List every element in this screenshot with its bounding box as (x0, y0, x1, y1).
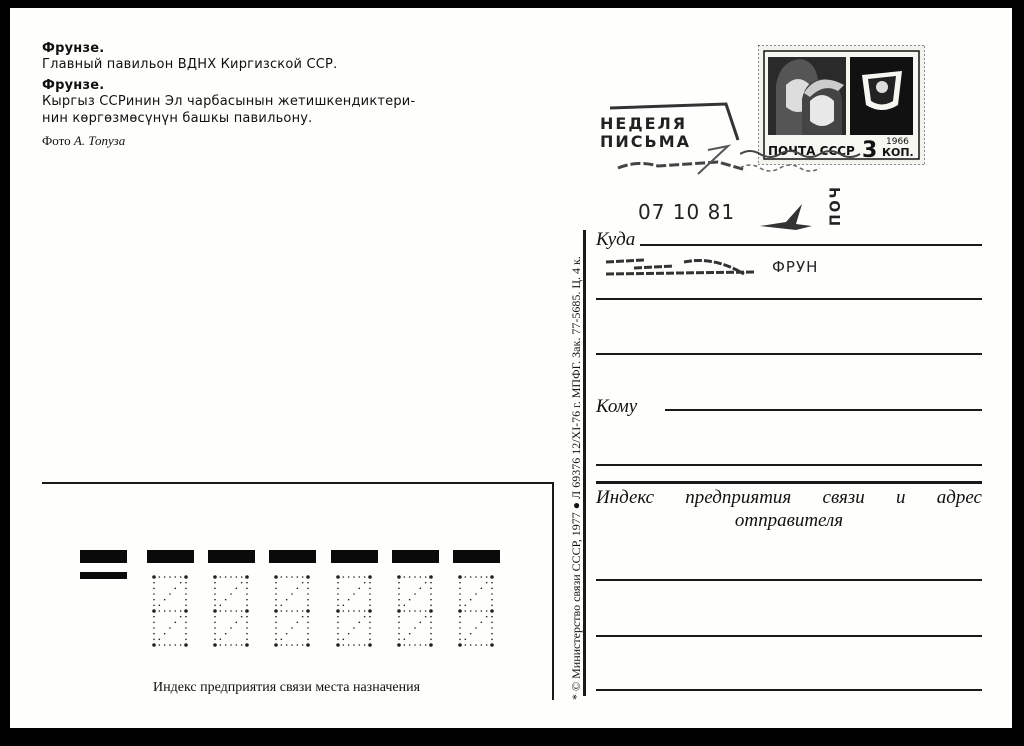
digit-stencil-icon (213, 575, 249, 647)
sender-word: и (896, 486, 906, 509)
index-code-mark-top (80, 550, 127, 563)
index-digit-bar (208, 550, 255, 563)
address-line-3[interactable] (596, 353, 982, 355)
index-destination-label: Индекс предприятия связи места назначени… (153, 680, 420, 696)
svg-text:КОП.: КОП. (882, 146, 914, 159)
to-whom-label: Кому (596, 396, 637, 418)
index-digit-box[interactable] (458, 575, 494, 647)
sender-line-2[interactable] (596, 635, 982, 637)
postmark-wave (740, 140, 870, 180)
sender-word: адрес (937, 486, 982, 509)
sender-separator (596, 481, 982, 484)
caption-city-ky: Фрунзе. (42, 78, 104, 93)
address-line-2[interactable] (596, 298, 982, 300)
sender-label-line-1: Индекс предприятия связи и адрес (596, 486, 982, 509)
index-digit-box[interactable] (274, 575, 310, 647)
to-where-label: Куда (596, 229, 635, 251)
index-code-mark-bottom (80, 572, 127, 579)
plane-icon (756, 196, 816, 236)
index-digit-bar (453, 550, 500, 563)
digit-stencil-icon (397, 575, 433, 647)
left-divider-horizontal (42, 482, 554, 484)
photo-credit: Фото А. Топуза (42, 133, 125, 149)
sender-line-1[interactable] (596, 579, 982, 581)
index-digit-box[interactable] (213, 575, 249, 647)
sender-label-line-2: отправителя (596, 509, 982, 532)
index-digit-bar (392, 550, 439, 563)
publisher-imprint: * © Министерство связи СССР, 1977 ● Л 69… (569, 256, 584, 700)
sender-word: связи (823, 486, 865, 509)
postmark-smudge (604, 254, 764, 280)
index-digit-box[interactable] (397, 575, 433, 647)
digit-stencil-icon (336, 575, 372, 647)
postmark-slogan-line-1: НЕДЕЛЯ (600, 114, 687, 133)
digit-stencil-icon (152, 575, 188, 647)
digit-stencil-icon (458, 575, 494, 647)
index-digit-box[interactable] (336, 575, 372, 647)
sender-line-3[interactable] (596, 689, 982, 691)
caption-city-ru: Фрунзе. (42, 41, 104, 56)
index-digit-bar (331, 550, 378, 563)
sender-word: Индекс (596, 486, 654, 509)
postmark-wave-lines-icon (740, 140, 870, 180)
recipient-line-1[interactable] (665, 409, 982, 411)
postmark-smudge-icon (604, 254, 764, 280)
caption-title-ky-1: Кыргыз ССРинин Эл чарбасынын жетишкендик… (42, 94, 415, 109)
postmark-city: ФРУН (772, 258, 818, 276)
sender-word: предприятия (685, 486, 791, 509)
postmark-slogan-line-2: ПИСЬМА (600, 132, 691, 151)
photo-credit-prefix: Фото (42, 133, 71, 148)
address-line-1[interactable] (640, 244, 982, 246)
left-divider-vertical (552, 482, 554, 700)
photo-credit-author: А. Топуза (74, 133, 125, 148)
postmark-date: 07 10 81 (638, 200, 735, 224)
index-digit-bar (147, 550, 194, 563)
caption-title-ru: Главный павильон ВДНХ Киргизской ССР. (42, 57, 337, 72)
recipient-line-2[interactable] (596, 464, 982, 466)
sender-label: Индекс предприятия связи и адрес отправи… (596, 486, 982, 532)
index-digit-box[interactable] (152, 575, 188, 647)
caption-title-ky-2: нин көргөзмөсүнүн башкы павильону. (42, 111, 313, 126)
postmark-vertical-text: ПОЧ (828, 185, 844, 226)
postmark-slogan: НЕДЕЛЯ ПИСЬМА (598, 100, 748, 182)
index-digit-bar (269, 550, 316, 563)
address-block-bar (583, 230, 586, 696)
digit-stencil-icon (274, 575, 310, 647)
postmark-plane (756, 196, 816, 236)
